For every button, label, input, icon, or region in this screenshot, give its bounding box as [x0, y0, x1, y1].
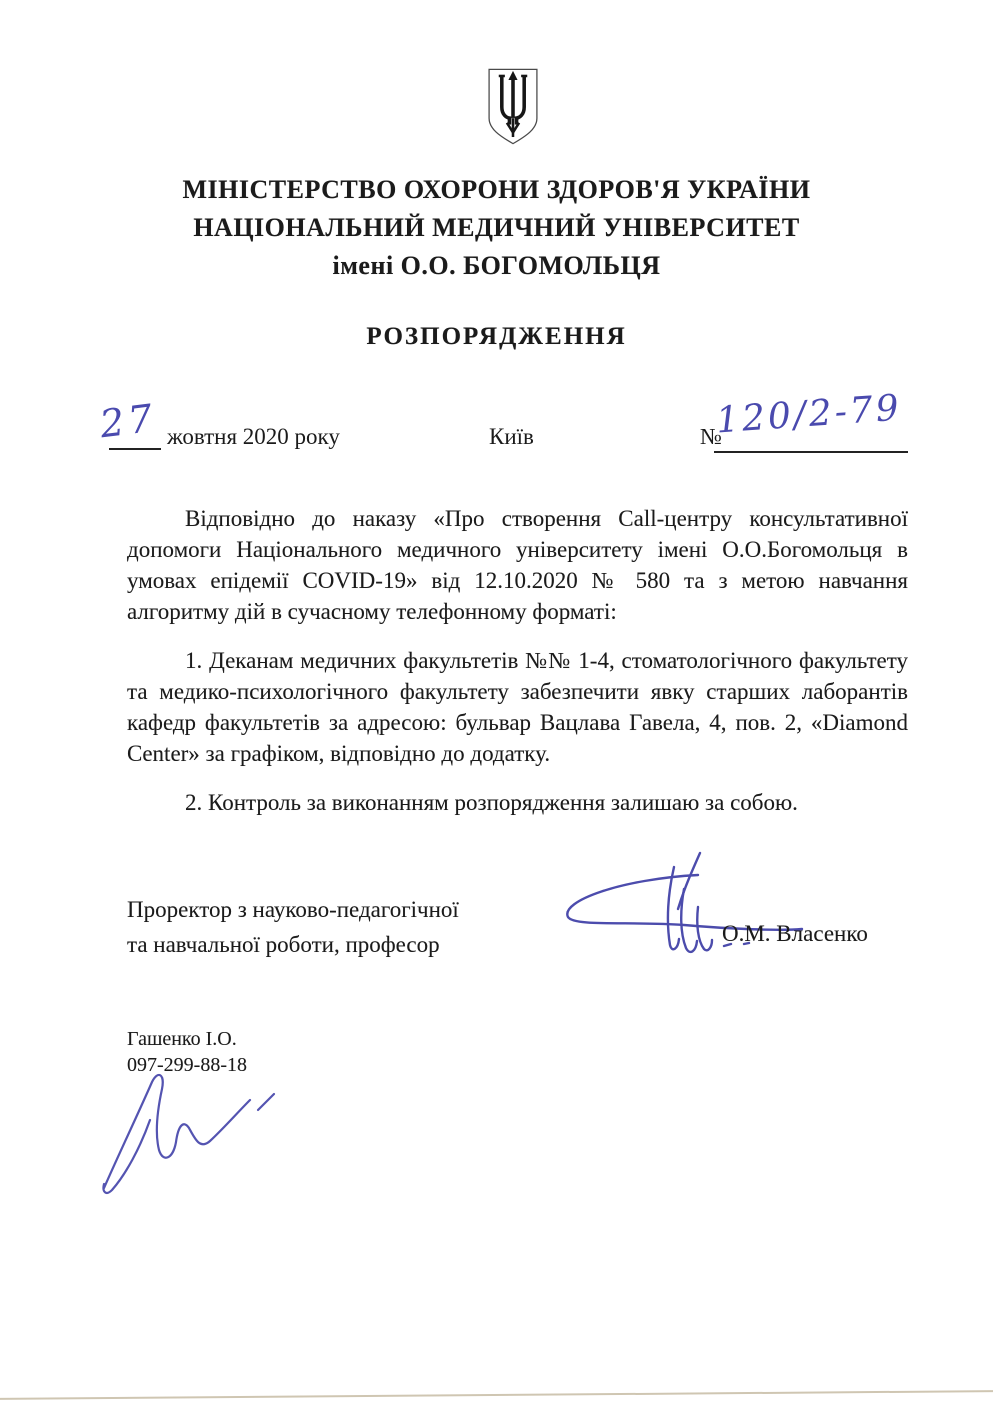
intro-paragraph: Відповідно до наказу «Про створення Call…	[127, 503, 908, 627]
gashenko-handwritten-signature	[88, 1062, 298, 1202]
document-title: РОЗПОРЯДЖЕННЯ	[0, 323, 993, 351]
number-underline	[714, 451, 908, 453]
signatory-name: О.М. Власенко	[722, 921, 868, 947]
scanned-document-page: МІНІСТЕРСТВО ОХОРОНИ ЗДОРОВ'Я УКРАЇНИ НА…	[0, 0, 993, 1404]
trident-shield-icon	[484, 66, 542, 148]
university-name: НАЦІОНАЛЬНИЙ МЕДИЧНИЙ УНІВЕРСИТЕТ	[0, 209, 993, 247]
letterhead: МІНІСТЕРСТВО ОХОРОНИ ЗДОРОВ'Я УКРАЇНИ НА…	[0, 171, 993, 285]
vlasenko-handwritten-signature	[462, 845, 812, 970]
handwritten-document-number: 120/2-79	[715, 388, 903, 442]
item-1-paragraph: 1. Деканам медичних факультетів №№ 1-4, …	[127, 645, 908, 769]
city-text: Київ	[489, 424, 534, 450]
ukraine-trident-emblem	[484, 66, 542, 148]
university-named-after: імені О.О. БОГОМОЛЬЦЯ	[0, 247, 993, 285]
ministry-name: МІНІСТЕРСТВО ОХОРОНИ ЗДОРОВ'Я УКРАЇНИ	[0, 171, 993, 209]
item-2-paragraph: 2. Контроль за виконанням розпорядження …	[127, 787, 908, 818]
scan-edge-artifact	[0, 1390, 993, 1400]
month-year-text: жовтня 2020 року	[167, 424, 340, 450]
day-underline	[109, 448, 161, 450]
handwritten-day: 27	[98, 396, 159, 447]
document-body: Відповідно до наказу «Про створення Call…	[127, 503, 908, 836]
executor-name: Гашенко І.О.	[127, 1026, 247, 1052]
